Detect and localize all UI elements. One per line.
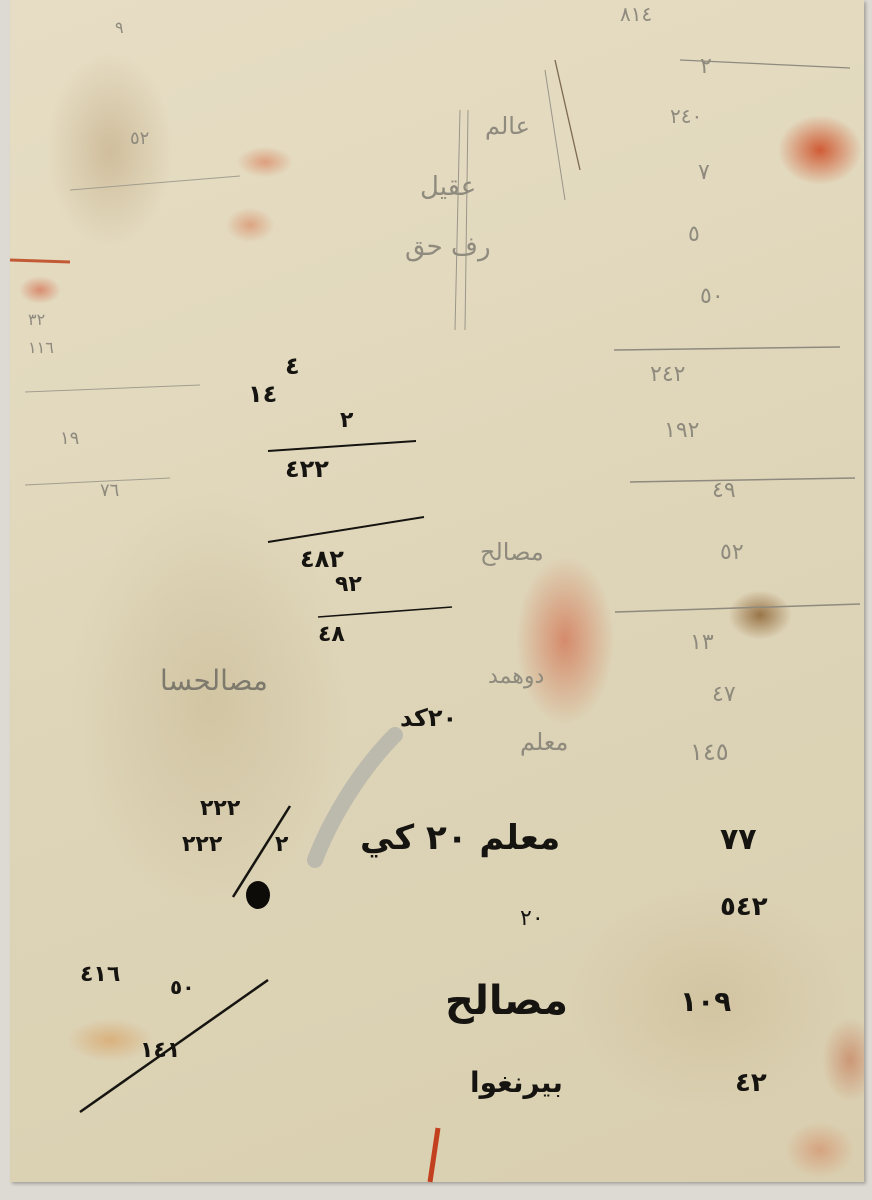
pencil-margin-number: ١٩ <box>60 428 79 449</box>
pencil-margin-number: ٧٦ <box>100 480 119 501</box>
pencil-word: عقيل <box>420 172 476 202</box>
pencil-number: ١٩٢ <box>664 418 699 443</box>
pencil-number: ٥٢ <box>720 540 744 565</box>
ink-entry-label: بيرنغوا <box>470 1066 563 1099</box>
ink-sum-row: ٢ <box>340 408 353 433</box>
ink-fraction-denominator: ١٤١ <box>140 1038 180 1063</box>
ink-entry-label: معلم ٢٠ كي <box>360 818 560 858</box>
pencil-top-mark: ٩ <box>115 18 124 37</box>
pencil-margin-number: ١١٦ <box>28 338 54 357</box>
pencil-word: معلم <box>520 728 568 756</box>
ink-fraction-right: ٢ <box>275 832 288 857</box>
pencil-word: رف حق <box>405 232 491 262</box>
ink-entry-value: ١٠٩ <box>680 985 731 1018</box>
pencil-number: ١٤٥ <box>690 738 729 766</box>
pencil-number: ١٣ <box>690 630 714 655</box>
ink-sum-row: ٤ <box>285 352 300 380</box>
pencil-number: ٥ <box>688 222 700 247</box>
pencil-number: ٢٤٠ <box>670 104 702 128</box>
pencil-number: ٥٠ <box>700 284 724 309</box>
pencil-word: مصالحسا <box>160 664 268 697</box>
ink-sum-row: ١٤ <box>248 380 277 408</box>
ink-entry-value: ٤٢ <box>735 1068 767 1098</box>
ink-entry-label: ٢٠ <box>520 906 544 931</box>
pencil-margin-number: ٥٢ <box>130 128 149 149</box>
pencil-number: ٤٩ <box>712 478 736 503</box>
pencil-number: ٢٤٢ <box>650 362 685 387</box>
ink-sum-row: ٤٢٢ <box>285 455 329 483</box>
ink-fraction-numerator: ٤١٦ <box>80 962 120 987</box>
pencil-word: مصالح <box>480 538 544 566</box>
pencil-number: ٢ <box>700 54 712 79</box>
pencil-word: دوهمد <box>488 664 544 689</box>
ink-entry-value: ٥٤٢ <box>720 892 768 922</box>
pencil-margin-number: ٣٢ <box>28 310 45 329</box>
ink-fraction-bottom: ٢٢٢ <box>182 832 222 857</box>
ink-annotation: ٢٠كد <box>400 704 457 732</box>
pencil-top-number: ٨١٤ <box>620 2 652 26</box>
ink-sum-total: ٤٨ <box>318 622 345 647</box>
ink-entry-label: مصالح <box>445 978 568 1024</box>
pencil-number: ٧ <box>698 160 710 185</box>
photo-scene: ٨١٤ ٩ ٢ ٢٤٠ ٧ ٥ ٥٠ ٢٤٢ ١٩٢ ٤٩ ٥٢ ١٣ ٤٧ ١… <box>0 0 872 1200</box>
ink-fraction-middle: ٥٠ <box>170 975 194 999</box>
ink-entry-value: ٧٧ <box>720 822 757 857</box>
ink-fraction-top: ٢٢٢ <box>200 796 240 821</box>
ink-sum-row: ٩٢ <box>335 572 362 597</box>
pencil-number: ٤٧ <box>712 682 736 707</box>
ink-sum-row: ٤٨٢ <box>300 545 344 573</box>
pencil-word: عالم <box>485 112 530 140</box>
